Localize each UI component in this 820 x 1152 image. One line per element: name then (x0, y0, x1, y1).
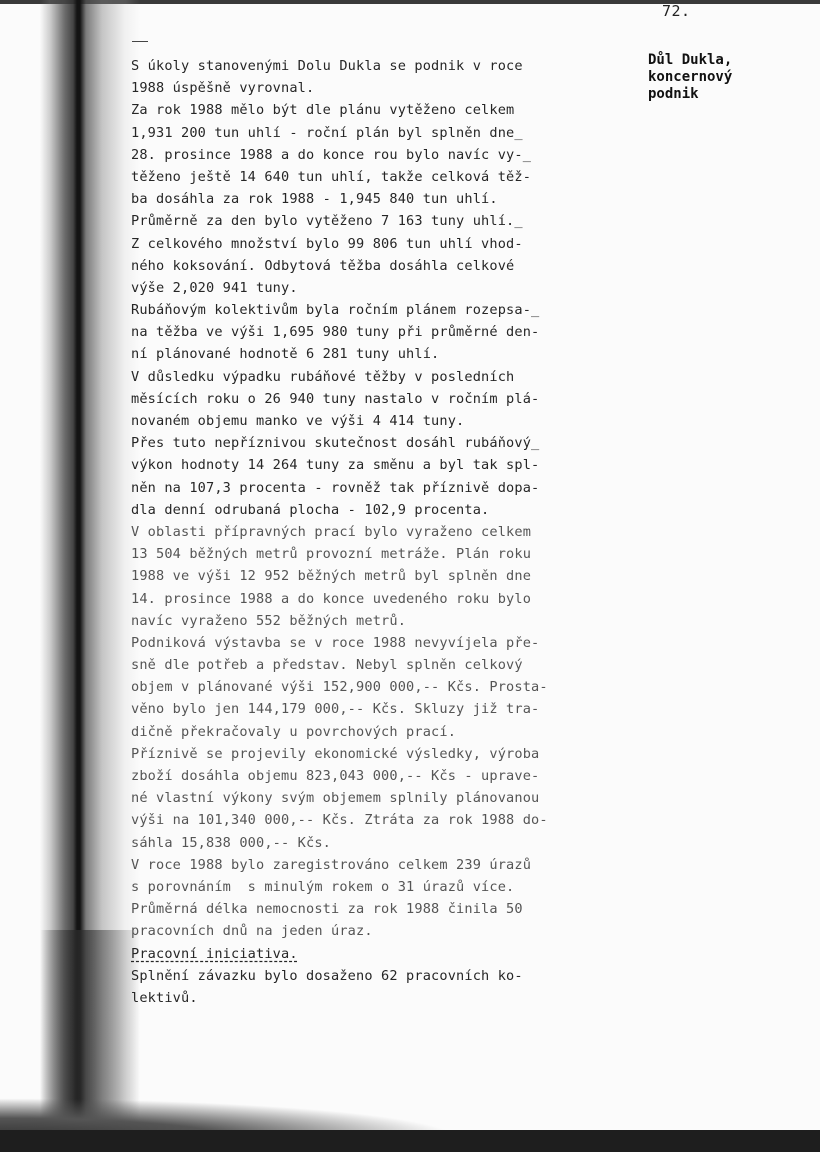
text-line: s porovnáním s minulým rokem o 31 úrazů … (131, 876, 631, 898)
text-line: výši na 101,340 000,-- Kčs. Ztráta za ro… (131, 809, 631, 831)
document-body: S úkoly stanovenými Dolu Dukla se podnik… (131, 55, 631, 1009)
text-line: Splnění závazku bylo dosaženo 62 pracovn… (131, 965, 631, 987)
text-line: měsících roku o 26 940 tuny nastalo v ro… (131, 388, 631, 410)
text-line: ba dosáhla za rok 1988 - 1,945 840 tun u… (131, 188, 631, 210)
text-line: novaném objemu manko ve výši 4 414 tuny. (131, 410, 631, 432)
text-line: ného koksování. Odbytová těžba dosáhla c… (131, 255, 631, 277)
text-line: ní plánované hodnotě 6 281 tuny uhlí. (131, 343, 631, 365)
text-line: Rubáňovým kolektivům byla ročním plánem … (131, 299, 631, 321)
text-line: Z celkového množství bylo 99 806 tun uhl… (131, 233, 631, 255)
text-line: 13 504 běžných metrů provozní metráže. P… (131, 543, 631, 565)
text-line: né vlastní výkony svým objemem splnily p… (131, 787, 631, 809)
text-line: Příznivě se projevily ekonomické výsledk… (131, 743, 631, 765)
text-line: Průměrná délka nemocnosti za rok 1988 či… (131, 898, 631, 920)
typewriter-mark (132, 41, 148, 42)
text-line: lektivů. (131, 987, 631, 1009)
text-line: výkon hodnoty 14 264 tuny za směnu a byl… (131, 454, 631, 476)
text-line: V roce 1988 bylo zaregistrováno celkem 2… (131, 854, 631, 876)
text-line: S úkoly stanovenými Dolu Dukla se podnik… (131, 55, 631, 77)
text-line: Za rok 1988 mělo být dle plánu vytěženo … (131, 99, 631, 121)
text-line: Přes tuto nepříznivou skutečnost dosáhl … (131, 432, 631, 454)
text-line: Podniková výstavba se v roce 1988 nevyví… (131, 632, 631, 654)
text-line: 1,931 200 tun uhlí - roční plán byl spln… (131, 122, 631, 144)
text-line: výše 2,020 941 tuny. (131, 277, 631, 299)
text-line: 1988 ve výši 12 952 běžných metrů byl sp… (131, 565, 631, 587)
text-line: 1988 úspěšně vyrovnal. (131, 77, 631, 99)
margin-note: Důl Dukla, koncernový podnik (648, 52, 732, 103)
text-line: věno bylo jen 144,179 000,-- Kčs. Skluzy… (131, 698, 631, 720)
text-line: těženo ještě 14 640 tun uhlí, takže celk… (131, 166, 631, 188)
text-line: dičně překračovaly u povrchových prací. (131, 721, 631, 743)
text-line: na těžba ve výši 1,695 980 tuny při prům… (131, 321, 631, 343)
text-line: navíc vyraženo 552 běžných metrů. (131, 610, 631, 632)
text-line: sáhla 15,838 000,-- Kčs. (131, 832, 631, 854)
text-line: dla denní odrubaná plocha - 102,9 procen… (131, 499, 631, 521)
section-heading: Pracovní iniciativa. (131, 943, 631, 965)
text-line: pracovních dnů na jeden úraz. (131, 920, 631, 942)
text-line: V oblasti přípravných prací bylo vyražen… (131, 521, 631, 543)
text-line: objem v plánované výši 152,900 000,-- Kč… (131, 676, 631, 698)
text-line: Průměrně za den bylo vytěženo 7 163 tuny… (131, 210, 631, 232)
page-number: 72. (662, 2, 691, 20)
text-line: V důsledku výpadku rubáňové těžby v posl… (131, 366, 631, 388)
text-line: něn na 107,3 procenta - rovněž tak přízn… (131, 477, 631, 499)
text-line: zboží dosáhla objemu 823,043 000,-- Kčs … (131, 765, 631, 787)
text-line: 14. prosince 1988 a do konce uvedeného r… (131, 588, 631, 610)
text-line: sně dle potřeb a představ. Nebyl splněn … (131, 654, 631, 676)
scan-bottom-edge (0, 1130, 820, 1152)
text-line: 28. prosince 1988 a do konce rou bylo na… (131, 144, 631, 166)
